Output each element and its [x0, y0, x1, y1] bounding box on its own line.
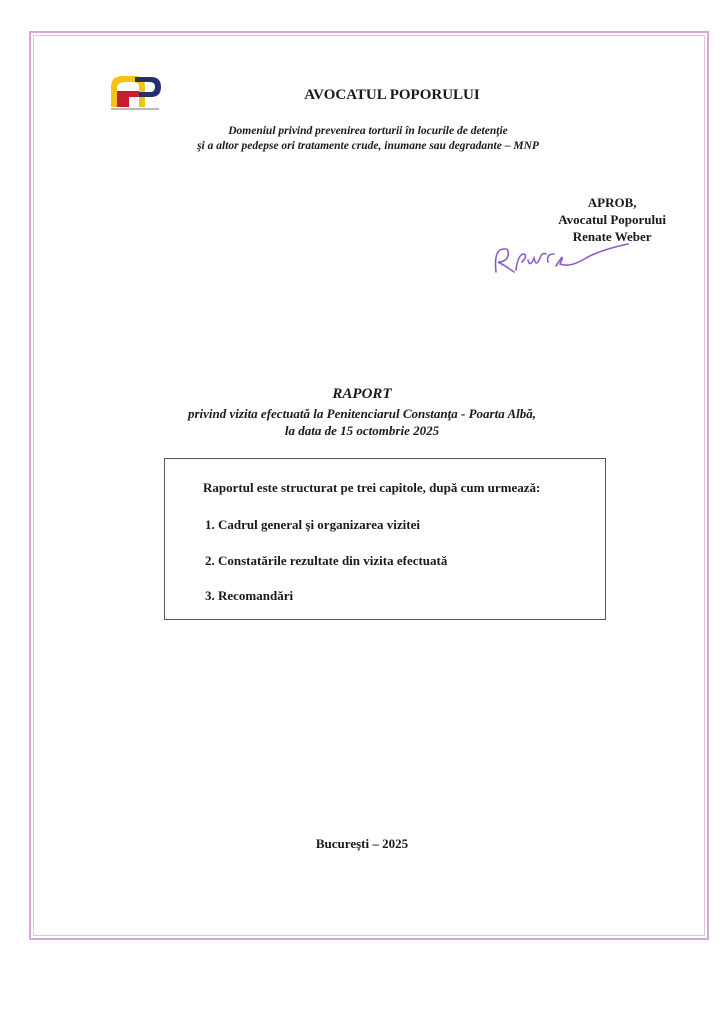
report-structure-box: Raportul este structurat pe trei capitol… — [164, 458, 606, 620]
place-and-year: Bucureşti – 2025 — [0, 836, 724, 852]
signature — [490, 232, 630, 280]
report-subtitle-line-1: privind vizita efectuată la Penitenciaru… — [0, 405, 724, 422]
report-subtitle: privind vizita efectuată la Penitenciaru… — [0, 405, 724, 439]
chapter-item: 3. Recomandări — [205, 588, 293, 604]
approval-role: Avocatul Poporului — [558, 211, 666, 228]
domain-line-2: şi a altor pedepse ori tratamente crude,… — [12, 139, 724, 154]
report-title: RAPORT — [0, 386, 724, 403]
domain-subtitle: Domeniul privind prevenirea torturii în … — [0, 124, 724, 154]
structure-intro: Raportul este structurat pe trei capitol… — [203, 480, 540, 496]
chapter-item: 1. Cadrul general şi organizarea vizitei — [205, 517, 420, 533]
organization-title: AVOCATUL POPORULUI — [0, 87, 724, 104]
report-subtitle-line-2: la data de 15 octombrie 2025 — [0, 422, 724, 439]
domain-line-1: Domeniul privind prevenirea torturii în … — [12, 124, 724, 139]
approval-label: APROB, — [558, 194, 666, 211]
chapter-item: 2. Constatările rezultate din vizita efe… — [205, 553, 447, 569]
